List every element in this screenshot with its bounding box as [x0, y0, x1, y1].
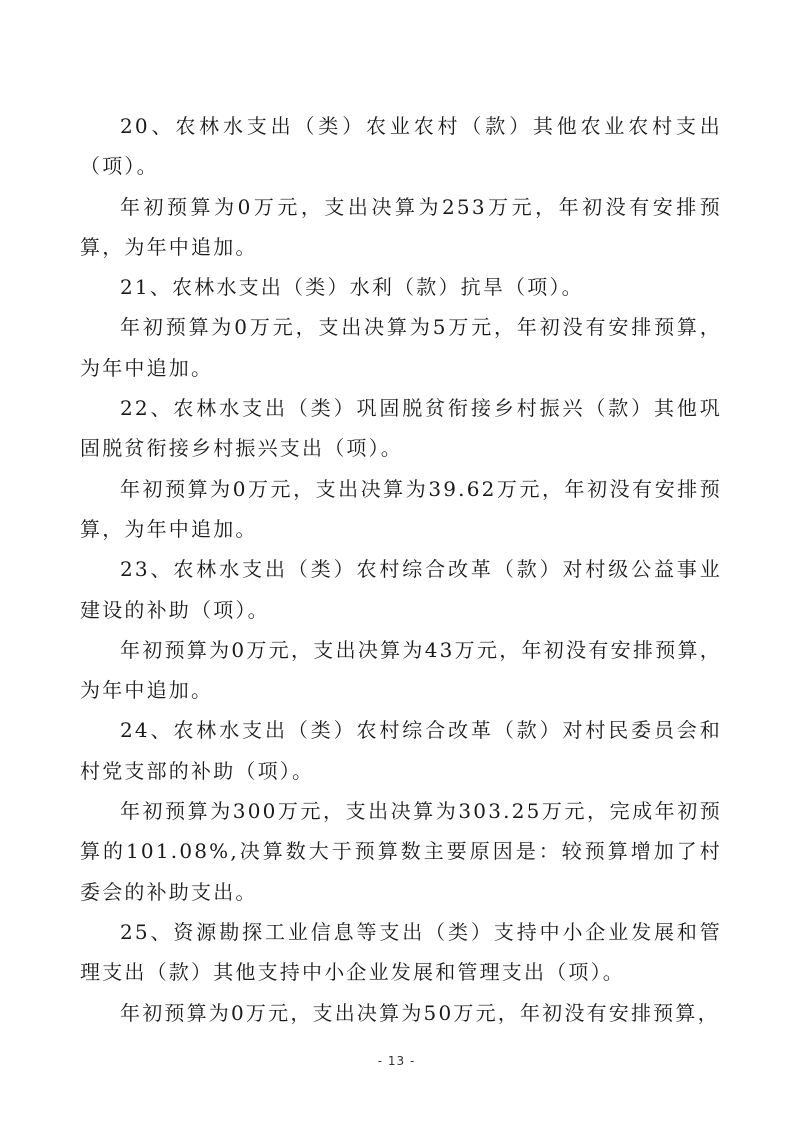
item-22-heading: 22、农林水支出（类）巩固脱贫衔接乡村振兴（款）其他巩固脱贫衔接乡村振兴支出（项… — [80, 388, 722, 469]
item-21-detail: 年初预算为0万元，支出决算为5万元，年初没有安排预算，为年中追加。 — [80, 307, 722, 388]
item-23-detail: 年初预算为0万元，支出决算为43万元，年初没有安排预算，为年中追加。 — [80, 630, 722, 711]
item-25-detail: 年初预算为0万元，支出决算为50万元，年初没有安排预算， — [80, 993, 722, 1033]
item-20-heading: 20、农林水支出（类）农业农村（款）其他农业农村支出（项）。 — [80, 106, 722, 187]
item-25-heading: 25、资源勘探工业信息等支出（类）支持中小企业发展和管理支出（款）其他支持中小企… — [80, 912, 722, 993]
document-body: 20、农林水支出（类）农业农村（款）其他农业农村支出（项）。 年初预算为0万元，… — [80, 106, 722, 1033]
item-23-heading: 23、农林水支出（类）农村综合改革（款）对村级公益事业建设的补助（项）。 — [80, 549, 722, 630]
item-24-heading: 24、农林水支出（类）农村综合改革（款）对村民委员会和村党支部的补助（项）。 — [80, 710, 722, 791]
item-20-detail: 年初预算为0万元，支出决算为253万元，年初没有安排预算，为年中追加。 — [80, 187, 722, 268]
page-number: - 13 - — [0, 1054, 793, 1068]
item-24-detail: 年初预算为300万元，支出决算为303.25万元，完成年初预算的101.08%,… — [80, 791, 722, 912]
item-21-heading: 21、农林水支出（类）水利（款）抗旱（项）。 — [80, 267, 722, 307]
item-22-detail: 年初预算为0万元，支出决算为39.62万元，年初没有安排预算，为年中追加。 — [80, 469, 722, 550]
